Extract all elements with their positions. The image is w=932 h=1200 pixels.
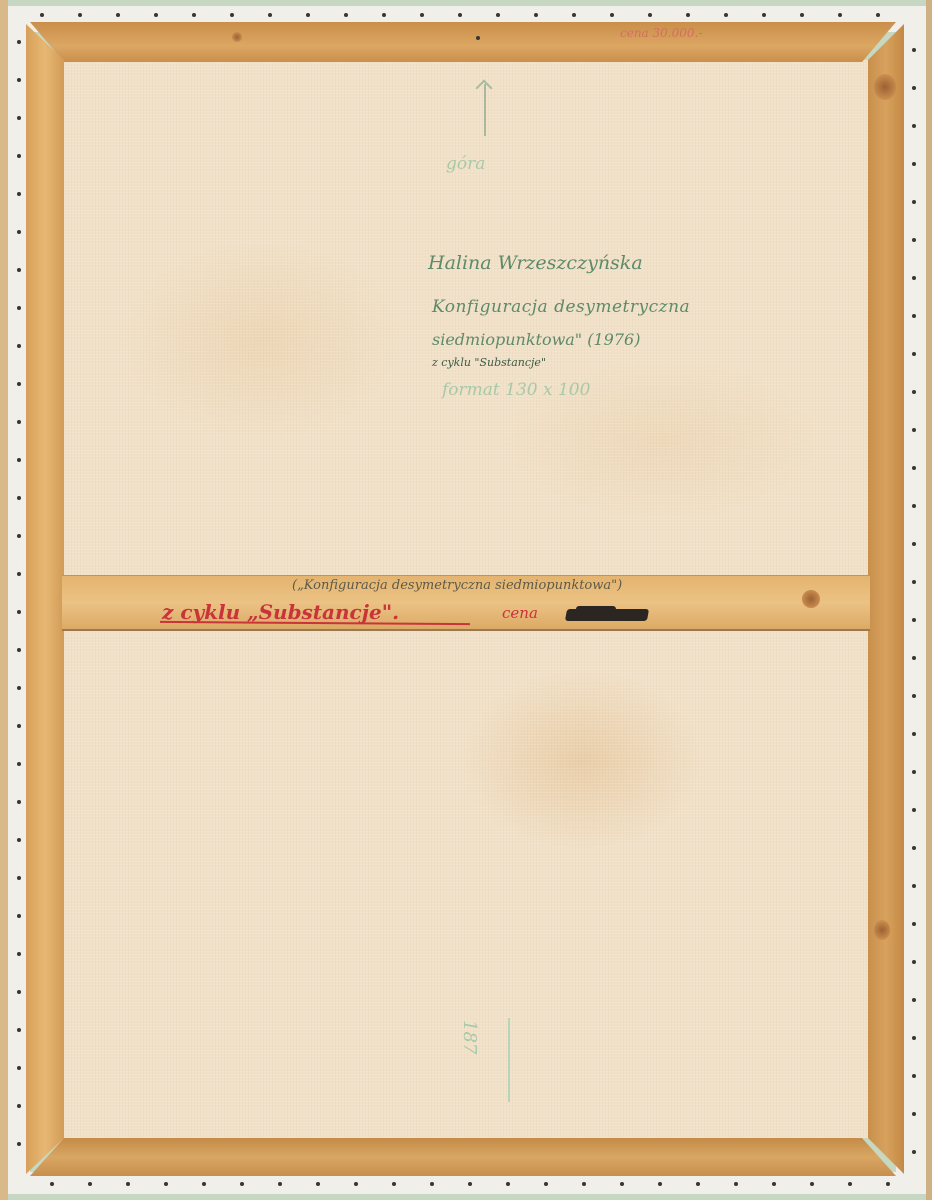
staple [17,78,21,82]
staple [912,960,916,964]
up-arrow-icon [484,84,486,136]
staple [392,1182,396,1186]
staple [78,13,82,17]
staple [724,13,728,17]
staple [17,876,21,880]
staple [17,116,21,120]
staple [17,1028,21,1032]
wood-knot [232,32,242,42]
wood-knot [802,590,820,608]
staple [912,200,916,204]
staple [382,13,386,17]
staple [572,13,576,17]
stretcher-bar-top [30,22,896,62]
staple [658,1182,662,1186]
staple [17,1104,21,1108]
staple [772,1182,776,1186]
crossbar-title: („Konfiguracja desymetryczna siedmiopunk… [292,578,622,593]
staple [912,124,916,128]
staple [912,618,916,622]
staple [306,13,310,17]
staple [17,40,21,44]
staple [17,306,21,310]
staple [506,1182,510,1186]
staple [886,1182,890,1186]
staple [734,1182,738,1186]
staple [544,1182,548,1186]
staple [268,13,272,17]
staple [278,1182,282,1186]
staple [17,192,21,196]
inventory-number: 187 [459,1020,480,1054]
staple [17,686,21,690]
staple [912,1150,916,1154]
staple [912,466,916,470]
staple [620,1182,624,1186]
orientation-label: góra [446,154,485,174]
redacted-price [576,606,616,612]
staple [610,13,614,17]
staple [912,238,916,242]
staple [912,732,916,736]
staple [912,428,916,432]
staple [17,800,21,804]
staple [800,13,804,17]
series-label: z cyklu "Substancje" [432,356,546,369]
staple [534,13,538,17]
staple [912,390,916,394]
staple [848,1182,852,1186]
pencil-line [508,1018,510,1102]
frame-edge-left [0,0,8,1200]
wood-knot [874,920,890,940]
staple [912,1074,916,1078]
staple [912,352,916,356]
staple [468,1182,472,1186]
staple [240,1182,244,1186]
staple [17,838,21,842]
title-line-2: siedmiopunktowa" (1976) [432,330,640,349]
staple [912,542,916,546]
staple [912,808,916,812]
staple [126,1182,130,1186]
staple [17,610,21,614]
staple [116,13,120,17]
staple [230,13,234,17]
staple [17,382,21,386]
staple [912,580,916,584]
staple [912,846,916,850]
staple [582,1182,586,1186]
format-label: format 130 x 100 [442,380,590,400]
artist-name: Halina Wrzeszczyńska [428,252,643,274]
staple [50,1182,54,1186]
staple [912,86,916,90]
staple [17,344,21,348]
staple [17,724,21,728]
staple [912,276,916,280]
staple [912,48,916,52]
staple [762,13,766,17]
staple [912,162,916,166]
staple [912,1112,916,1116]
staple [316,1182,320,1186]
staple [17,458,21,462]
staple [876,13,880,17]
staple [164,1182,168,1186]
staple [912,770,916,774]
staple [202,1182,206,1186]
staple [838,13,842,17]
staple [810,1182,814,1186]
staple [912,922,916,926]
wood-knot [874,74,896,100]
frame-edge-right [926,0,932,1200]
title-line-1: Konfiguracja desymetryczna [432,297,690,317]
staple [912,1036,916,1040]
top-bar-price: cena 30.000.- [620,26,702,40]
crossbar-price-label: cena [502,604,538,622]
staple [458,13,462,17]
staple [686,13,690,17]
staple [17,420,21,424]
staple [344,13,348,17]
stretcher-bar-bottom [30,1138,896,1176]
staple [154,13,158,17]
staple [17,1066,21,1070]
staple [912,656,916,660]
staple [354,1182,358,1186]
staple [912,314,916,318]
staple [912,884,916,888]
staple [496,13,500,17]
staple [17,914,21,918]
staple [430,1182,434,1186]
staple [420,13,424,17]
staple [912,694,916,698]
staple [648,13,652,17]
staple [696,1182,700,1186]
staple [192,13,196,17]
stretcher-bar-right [868,24,904,1174]
staple [912,504,916,508]
staple [17,952,21,956]
staple [17,572,21,576]
staple [17,990,21,994]
staple [40,13,44,17]
staple [17,648,21,652]
staple [17,1142,21,1146]
staple [17,230,21,234]
staple [17,496,21,500]
staple [88,1182,92,1186]
staple [17,534,21,538]
stretcher-bar-left [26,24,64,1174]
staple [17,268,21,272]
staple [17,762,21,766]
staple [17,154,21,158]
staple [912,998,916,1002]
hanging-hole [476,36,480,40]
